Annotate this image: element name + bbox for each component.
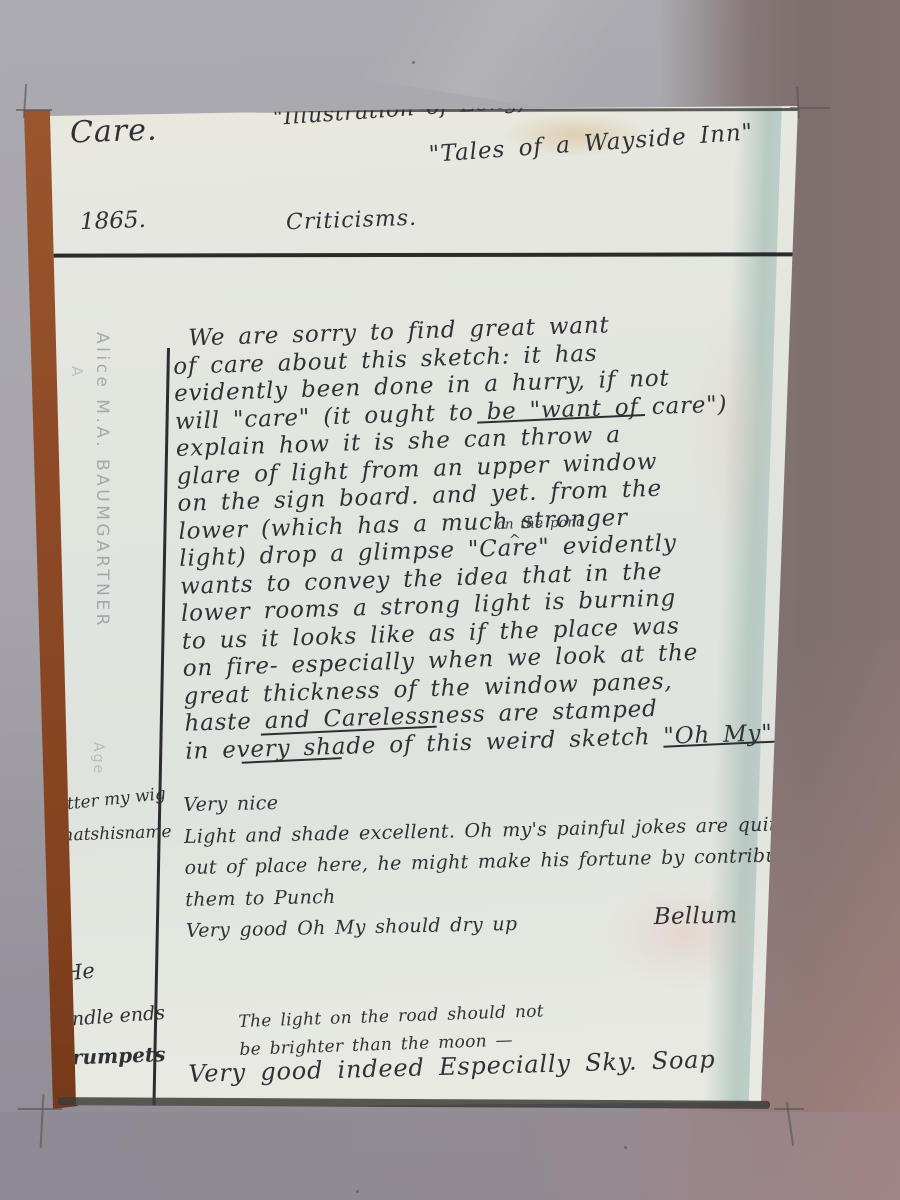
pencil-collector-name: Alice M.A. BAUMGARTNER: [92, 332, 112, 629]
dust-speck: [356, 1190, 359, 1193]
column-heading: Criticisms.: [286, 206, 418, 236]
corner-tick-top-left: [16, 109, 52, 111]
dust-speck: [624, 1146, 627, 1149]
subject-label: Care.: [69, 112, 158, 150]
header-rule: [30, 252, 802, 257]
mat-bottom-panel: [0, 1112, 900, 1200]
corner-tick-bottom-right: [774, 1108, 804, 1110]
pencil-note: Age: [90, 742, 106, 775]
pencil-initial: A: [68, 366, 86, 376]
comments-block: Very nice Light and shade excellent. Oh …: [183, 777, 819, 948]
comment-signature: Bellum: [653, 900, 737, 933]
corner-tick-bottom-left: [18, 1108, 62, 1110]
insertion-caret-mark: ^: [508, 527, 521, 555]
critique-paragraph: We are sorry to find great want of care …: [172, 305, 845, 766]
photo-of-framed-manuscript: Care. "Illustration of Longfellows "Tale…: [0, 0, 900, 1200]
year-label: 1865.: [80, 207, 147, 235]
dust-speck: [412, 61, 415, 64]
corner-tick-top-right: [790, 107, 830, 109]
margin-column-rule: [152, 348, 169, 1108]
